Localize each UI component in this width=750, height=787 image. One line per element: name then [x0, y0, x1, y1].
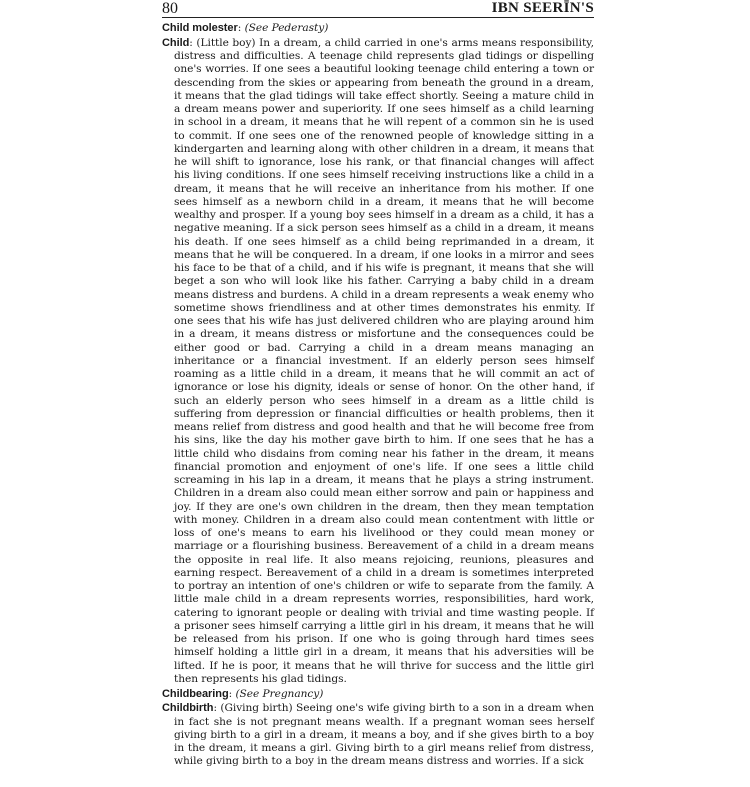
entry-body: (Little boy) In a dream, a child carried… [174, 37, 594, 685]
page-number: 80 [162, 0, 178, 17]
entry-term: Child molester [162, 22, 238, 34]
book-page: 80 IBN SEERĪN'S Child molester: (See Ped… [162, 0, 594, 770]
dictionary-entries: Child molester: (See Pederasty) Child: (… [162, 22, 594, 769]
entry-childbearing: Childbearing: (See Pregnancy) [162, 688, 594, 701]
cross-reference: (See Pederasty) [245, 22, 329, 34]
entry-body: (Giving birth) Seeing one's wife giving … [174, 702, 594, 767]
entry-term: Childbearing [162, 688, 229, 700]
running-title: IBN SEERĪN'S [492, 0, 594, 17]
entry-child-molester: Child molester: (See Pederasty) [162, 22, 594, 35]
entry-term: Child [162, 37, 189, 49]
entry-childbirth: Childbirth: (Giving birth) Seeing one's … [162, 702, 594, 768]
entry-separator: : [238, 22, 245, 34]
entry-child: Child: (Little boy) In a dream, a child … [162, 37, 594, 686]
cross-reference: (See Pregnancy) [235, 688, 323, 700]
running-header: 80 IBN SEERĪN'S [162, 0, 594, 18]
entry-term: Childbirth [162, 702, 213, 714]
